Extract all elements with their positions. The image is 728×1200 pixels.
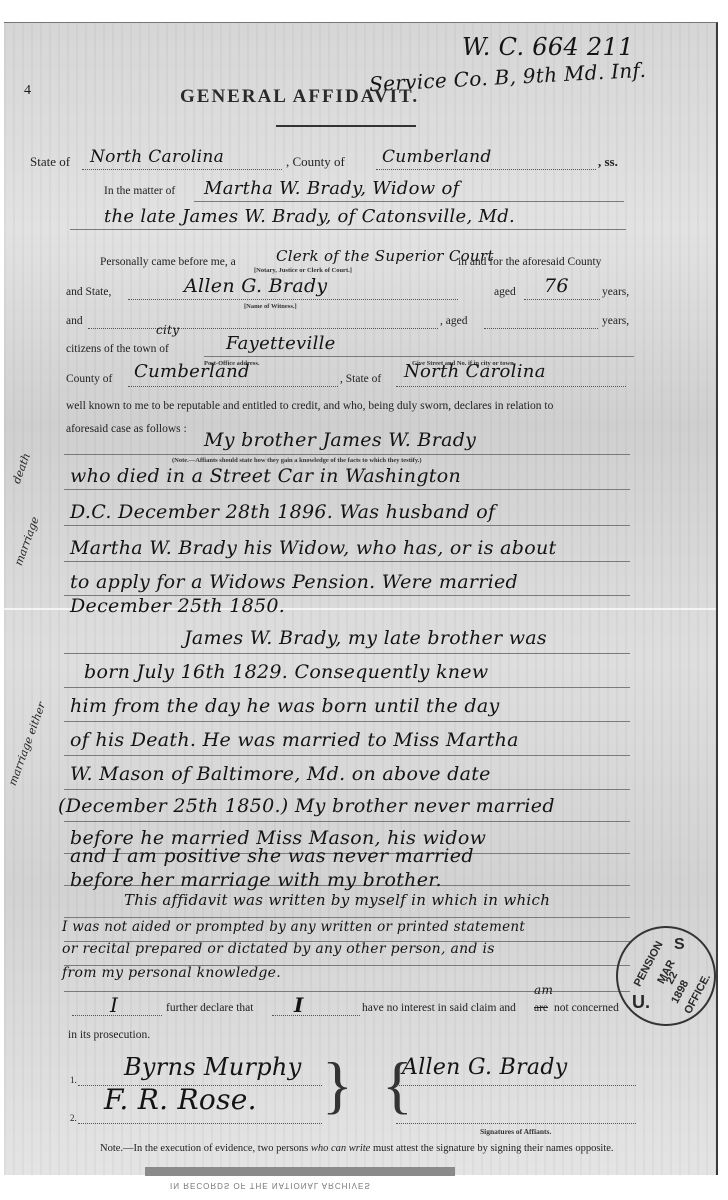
archive-strip (145, 1167, 455, 1176)
statement-line: of his Death. He was married to Miss Mar… (70, 729, 519, 751)
state2-label: , State of (340, 373, 381, 385)
statement-line: before her marriage with my brother. (70, 869, 442, 891)
statement-line: Martha W. Brady his Widow, who has, or i… (70, 537, 556, 559)
archive-strip-text: IN RECORDS OF THE NATIONAL ARCHIVES (170, 1181, 371, 1190)
witness1-signature: Byrns Murphy (124, 1053, 302, 1081)
further-label: further declare that (166, 1002, 253, 1014)
statement-line: and I am positive she was never married (70, 845, 474, 867)
statement-line: December 25th 1850. (70, 595, 285, 617)
note-tail: must attest the signature by signing the… (373, 1143, 614, 1154)
statement-line: James W. Brady, my late brother was (184, 627, 547, 649)
witness1-number: 1. (70, 1075, 77, 1085)
witness-caption: [Name of Witness.] (244, 303, 297, 310)
affiant-pronoun: I (110, 993, 118, 1017)
statement-line: W. Mason of Baltimore, Md. on above date (70, 763, 491, 785)
county-field: Cumberland (382, 147, 492, 167)
known-text: well known to me to be reputable and ent… (66, 400, 553, 412)
town-field: Fayetteville (226, 333, 336, 354)
statement-line: him from the day he was born until the d… (70, 695, 500, 717)
witness2-number: 2. (70, 1113, 77, 1123)
statement-line: born July 16th 1829. Consequently knew (84, 661, 488, 683)
ss-label: , ss. (598, 154, 618, 170)
stamp-mark: S (674, 936, 685, 954)
years-label: years, (602, 286, 629, 298)
aged-label: aged (494, 286, 516, 298)
county2-label: County of (66, 373, 112, 385)
title-divider (276, 125, 416, 127)
witness2-signature: F. R. Rose. (104, 1083, 257, 1116)
statement-line: or recital prepared or dictated by any o… (62, 941, 495, 957)
years2-label: years, (602, 315, 629, 327)
came-before-suffix: in and for the aforesaid County (458, 256, 601, 268)
aforesaid-text: aforesaid case as follows : (66, 423, 187, 435)
note-caption: (Note.—Affiants should state how they ga… (172, 457, 422, 464)
statement-line: who died in a Street Car in Washington (70, 465, 461, 487)
struck-word: are (534, 1002, 548, 1014)
county2-field: Cumberland (134, 361, 250, 382)
note-italic: who can write (311, 1143, 371, 1154)
affidavit-page: 4 W. C. 664 211 Service Co. B, 9th Md. I… (4, 22, 718, 1175)
and-label: and (66, 315, 83, 327)
stamp-bottom: OFFICE. (682, 972, 713, 1016)
pension-office-stamp: PENSION S MAR 22 1898 OFFICE. U. (616, 926, 716, 1026)
interest-text: have no interest in said claim and (362, 1002, 516, 1014)
prosecution-text: in its prosecution. (68, 1029, 150, 1041)
concerned-text: not concerned (554, 1002, 619, 1014)
margin-note: marriage (12, 515, 42, 568)
and-state-label: and State, (66, 286, 111, 298)
margin-note: death (10, 451, 33, 485)
matter-label: In the matter of (104, 185, 175, 197)
official-caption: [Notary, Justice or Clerk of Court.] (254, 267, 352, 274)
witness-name-field: Allen G. Brady (184, 275, 327, 297)
affiant-signature: Allen G. Brady (402, 1055, 567, 1080)
state-label: State of (30, 154, 70, 170)
came-before-label: Personally came before me, a (100, 256, 236, 268)
am-insert: am (534, 983, 553, 997)
statement-line: D.C. December 28th 1896. Was husband of (70, 501, 495, 523)
statement-line: My brother James W. Brady (204, 429, 476, 451)
file-number: W. C. 664 211 (462, 33, 634, 61)
note-lead: Note.—In the execution of evidence, two … (100, 1143, 308, 1154)
statement-line: This affidavit was written by myself in … (124, 891, 550, 909)
state-field: North Carolina (90, 147, 224, 167)
county-label: , County of (286, 154, 345, 170)
state2-field: North Carolina (404, 361, 546, 382)
corner-mark: 4 (24, 83, 31, 99)
statement-line: from my personal knowledge. (62, 965, 281, 981)
aged2-label: , aged (440, 315, 467, 327)
margin-note: marriage either (6, 700, 48, 787)
stamp-left: U. (632, 992, 650, 1013)
aged-field: 76 (544, 275, 569, 297)
we-pronoun: I (294, 993, 304, 1017)
matter-line-1: Martha W. Brady, Widow of (204, 178, 460, 199)
matter-line-2: the late James W. Brady, of Catonsville,… (104, 206, 515, 227)
statement-line: (December 25th 1850.) My brother never m… (58, 795, 555, 817)
city-insert: city (156, 323, 179, 337)
execution-note: Note.—In the execution of evidence, two … (100, 1143, 614, 1154)
page-title: GENERAL AFFIDAVIT. (180, 86, 419, 108)
statement-line: to apply for a Widows Pension. Were marr… (70, 571, 518, 593)
affiant-caption: Signatures of Affiants. (480, 1127, 551, 1136)
statement-line: I was not aided or prompted by any writt… (62, 919, 525, 935)
witness-brace: } (322, 1053, 353, 1117)
citizens-label: citizens of the town of (66, 343, 169, 355)
